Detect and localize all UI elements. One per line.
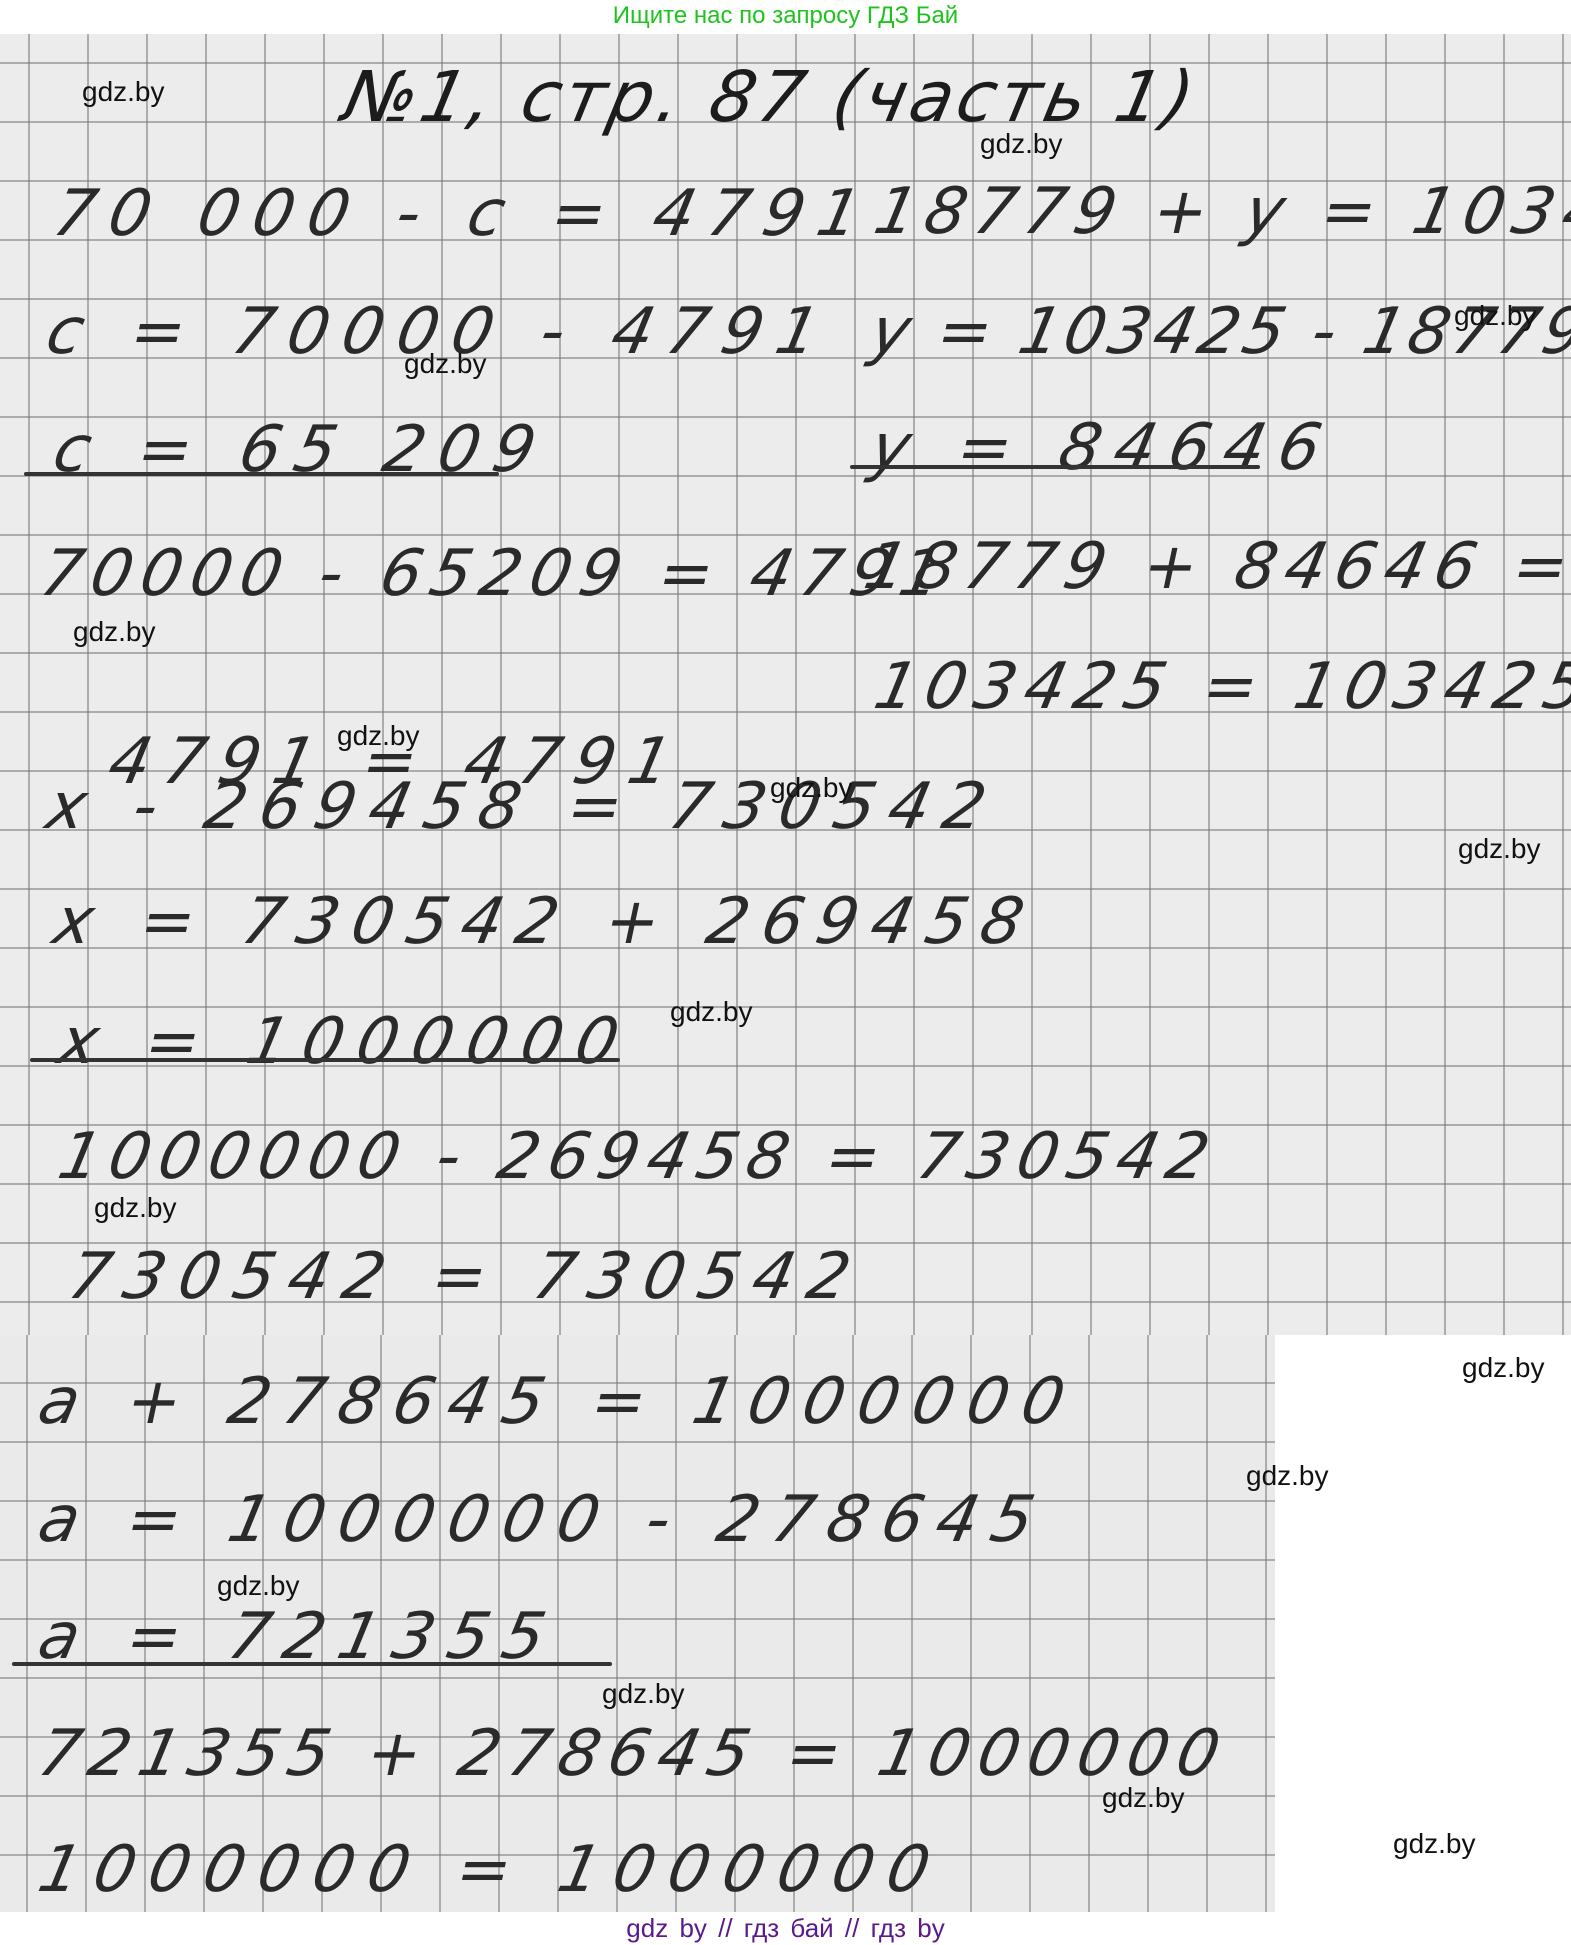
equation-line: x = 730542 + 269458 [48, 890, 1043, 954]
check-line: 1000000 - 269458 = 730542 [53, 1125, 1223, 1189]
answer-underline [30, 1058, 620, 1062]
watermark: gdz.by [1246, 1462, 1329, 1490]
answer-line: a = 721355 [33, 1605, 564, 1669]
check-line: 70000 - 65209 = 4791 [35, 542, 957, 606]
search-banner: Ищите нас по запросу ГДЗ Бай [0, 0, 1571, 34]
watermark: gdz.by [73, 618, 156, 646]
equation-line: x - 269458 = 730542 [41, 775, 1005, 839]
check-line: 721355 + 278645 = 1000000 [33, 1722, 1234, 1786]
check-line: 103425 = 103425 [869, 655, 1571, 719]
watermark: gdz.by [1462, 1354, 1545, 1382]
answer-underline [12, 1662, 612, 1666]
equation-line: 18779 + y = 103425 [869, 180, 1571, 244]
watermark: gdz.by [1393, 1830, 1476, 1858]
watermark: gdz.by [1102, 1784, 1185, 1812]
watermark: gdz.by [770, 774, 853, 802]
site-footer: gdz by // гдз бай // гдз by [0, 1912, 1571, 1945]
check-line: 18779 + 84646 = 103425 [859, 535, 1571, 599]
answer-line: x = 1000000 [53, 1010, 638, 1074]
watermark: gdz.by [404, 350, 487, 378]
watermark: gdz.by [337, 722, 420, 750]
watermark: gdz.by [217, 1572, 300, 1600]
watermark: gdz.by [670, 998, 753, 1026]
answer-underline [850, 465, 1260, 469]
equation-line: a + 278645 = 1000000 [33, 1370, 1084, 1434]
check-line: 1000000 = 1000000 [33, 1838, 949, 1902]
check-line: 730542 = 730542 [63, 1245, 870, 1309]
watermark: gdz.by [1454, 302, 1537, 330]
watermark: gdz.by [82, 78, 165, 106]
equation-line: 70 000 - c = 4791 [48, 182, 880, 246]
watermark: gdz.by [602, 1680, 685, 1708]
watermark: gdz.by [1458, 835, 1541, 863]
answer-underline [24, 472, 499, 476]
answer-line: y = 84646 [865, 416, 1340, 480]
exercise-title: №1, стр. 87 (часть 1) [338, 62, 1204, 132]
equation-line: a = 1000000 - 278645 [33, 1488, 1053, 1552]
watermark: gdz.by [980, 130, 1063, 158]
watermark: gdz.by [94, 1194, 177, 1222]
